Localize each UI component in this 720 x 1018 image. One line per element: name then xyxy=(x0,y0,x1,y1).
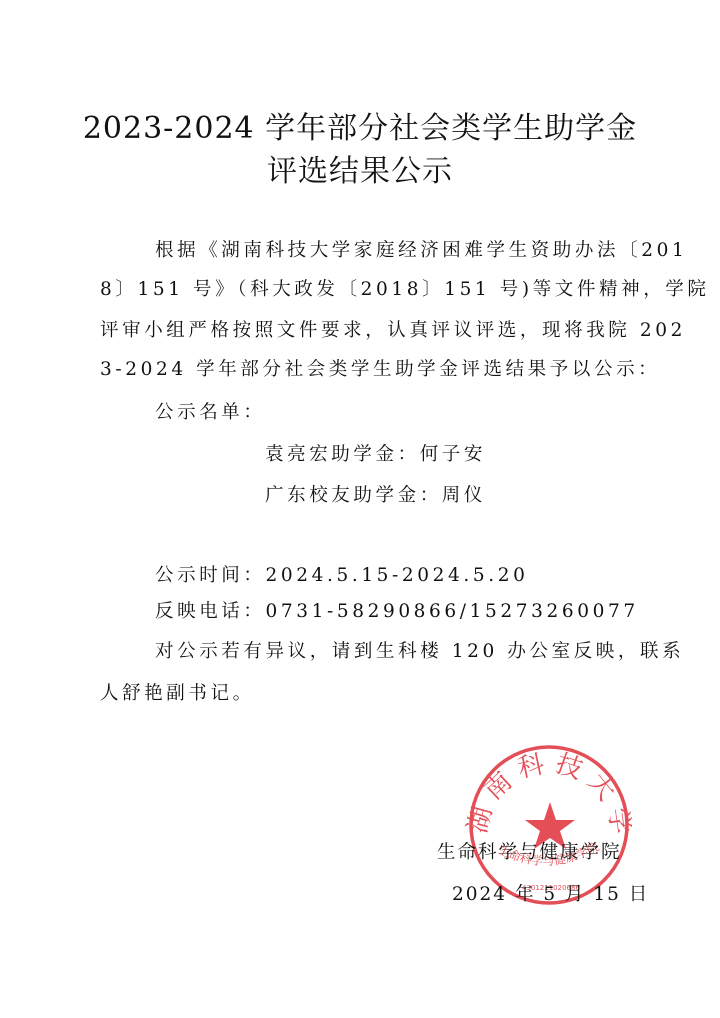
award-item-2: 广东校友助学金：周仪 xyxy=(265,481,486,507)
signature-organization: 生命科学与健康学院 xyxy=(437,838,622,864)
award-item-1: 袁亮宏助学金：何子安 xyxy=(265,440,486,466)
signature-date: 2024 年 5 月 15 日 xyxy=(452,880,649,906)
paragraph-line-2: 8〕151 号》（科大政发〔2018〕151 号)等文件精神，学院 xyxy=(100,275,710,301)
document-title-line1: 2023-2024 学年部分社会类学生助学金 xyxy=(0,103,720,147)
objection-line-2: 人舒艳副书记。 xyxy=(100,679,255,705)
contact-phone: 反映电话：0731-58290866/15273260077 xyxy=(155,597,639,623)
document-title-line2: 评选结果公示 xyxy=(0,146,720,190)
paragraph-line-1: 根据《湖南科技大学家庭经济困难学生资助办法〔201 xyxy=(155,236,687,262)
list-label: 公示名单： xyxy=(155,398,266,424)
paragraph-line-3: 评审小组严格按照文件要求，认真评议评选，现将我院 202 xyxy=(100,316,686,342)
objection-line-1: 对公示若有异议，请到生科楼 120 办公室反映，联系 xyxy=(155,637,684,663)
publicity-period: 公示时间：2024.5.15-2024.5.20 xyxy=(155,561,528,587)
paragraph-line-4: 3-2024 学年部分社会类学生助学金评选结果予以公示： xyxy=(100,355,660,381)
